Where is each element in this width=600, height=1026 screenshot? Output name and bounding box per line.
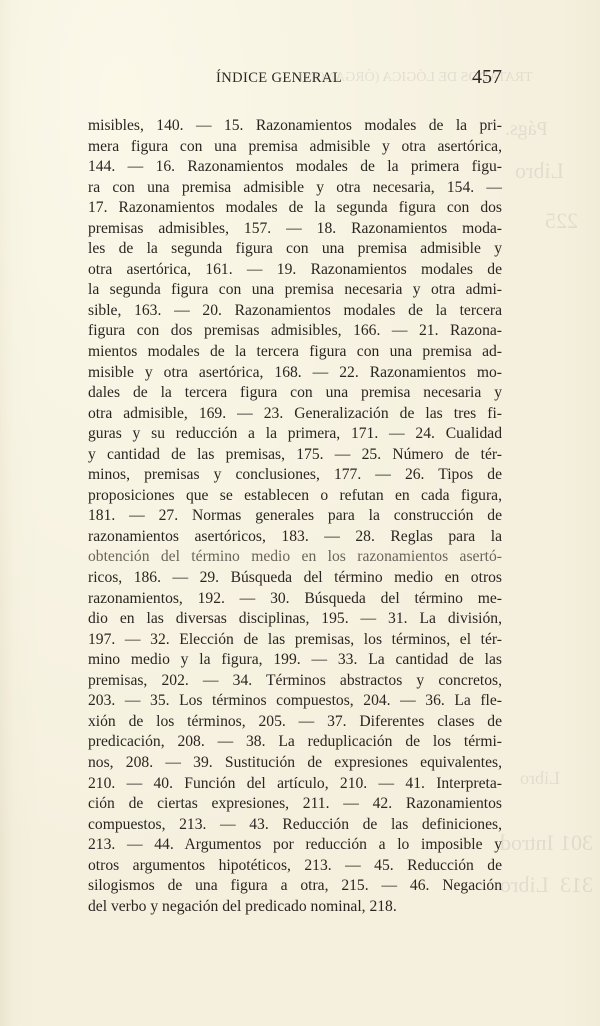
text-line: mera figura con una premisa admisible y … [88,137,502,158]
text-line: premisas admisibles, 157. — 18. Razonami… [88,219,502,240]
text-line: predicación, 208. — 38. La reduplicación… [88,732,502,753]
text-line: y cantidad de las premisas, 175. — 25. N… [88,445,502,466]
text-line: ción de ciertas expresiones, 211. — 42. … [88,794,502,815]
text-line: xión de los términos, 205. — 37. Diferen… [88,712,502,733]
text-line: silogismos de una figura a otra, 215. — … [88,876,502,897]
index-body-text: misibles, 140. — 15. Razonamientos modal… [88,116,502,917]
text-line: 210. — 40. Función del artículo, 210. — … [88,774,502,795]
text-line: 144. — 16. Razonamientos modales de la p… [88,157,502,178]
text-line: 213. — 44. Argumentos por reducción a lo… [88,835,502,856]
text-line: premisas, 202. — 34. Términos abstractos… [88,671,502,692]
book-page: TRATADOS DE LÓGICA (ÓRGANON) Págs. Libro… [0,0,600,1026]
show-through-introd: Introd [500,830,554,856]
text-line: dio en las diversas disciplinas, 195. — … [88,609,502,630]
text-line: 203. — 35. Los términos compuestos, 204.… [88,691,502,712]
show-through-libro: Libro [500,872,549,898]
text-line: razonamientos, 192. — 30. Búsqueda del t… [88,589,502,610]
text-line: les de la segunda figura con una premisa… [88,239,502,260]
text-line: nos, 208. — 39. Sustitución de expresion… [88,753,502,774]
text-line-last: del verbo y negación del predicado nomin… [88,897,502,918]
text-line: proposiciones que se establecen o refuta… [88,486,502,507]
text-line: ra con una premisa admisible y otra nece… [88,178,502,199]
text-line: razonamientos asertóricos, 183. — 28. Re… [88,527,502,548]
text-line: otra admisible, 169. — 23. Generalizació… [88,404,502,425]
running-title: ÍNDICE GENERAL [216,70,342,87]
text-line: 181. — 27. Normas generales para la cons… [88,506,502,527]
show-through-libro: Libro [520,768,560,789]
text-line: ricos, 186. — 29. Búsqueda del término m… [88,568,502,589]
text-line: guras y su reducción a la primera, 171. … [88,424,502,445]
text-line: mino medio y la figura, 199. — 33. La ca… [88,650,502,671]
text-line: otros argumentos hipotéticos, 213. — 45.… [88,856,502,877]
running-head: ÍNDICE GENERAL 457 [88,66,502,90]
text-line: otra asertórica, 161. — 19. Razonamiento… [88,260,502,281]
text-line: compuestos, 213. — 43. Reducción de las … [88,815,502,836]
text-line: 17. Razonamientos modales de la segunda … [88,198,502,219]
text-line: minos, premisas y conclusiones, 177. — 2… [88,465,502,486]
text-line: misible y otra asertórica, 168. — 22. Ra… [88,363,502,384]
text-line: 197. — 32. Elección de las premisas, los… [88,630,502,651]
page-number: 457 [472,66,502,89]
text-line: misibles, 140. — 15. Razonamientos modal… [88,116,502,137]
text-line: sible, 163. — 20. Razonamientos modales … [88,301,502,322]
text-line: la segunda figura con una premisa necesa… [88,280,502,301]
text-line: mientos modales de la tercera figura con… [88,342,502,363]
show-through-libro: Libro [515,158,564,184]
show-through-pags: Págs. [505,118,548,141]
text-line-faded: obtención del término medio en los razon… [88,547,502,568]
text-line: figura con dos premisas admisibles, 166.… [88,321,502,342]
show-through-number: 301 [560,830,593,856]
show-through-number: 225 [545,208,578,234]
show-through-number: 313 [560,872,593,898]
text-line: dales de la tercera figura con una premi… [88,383,502,404]
